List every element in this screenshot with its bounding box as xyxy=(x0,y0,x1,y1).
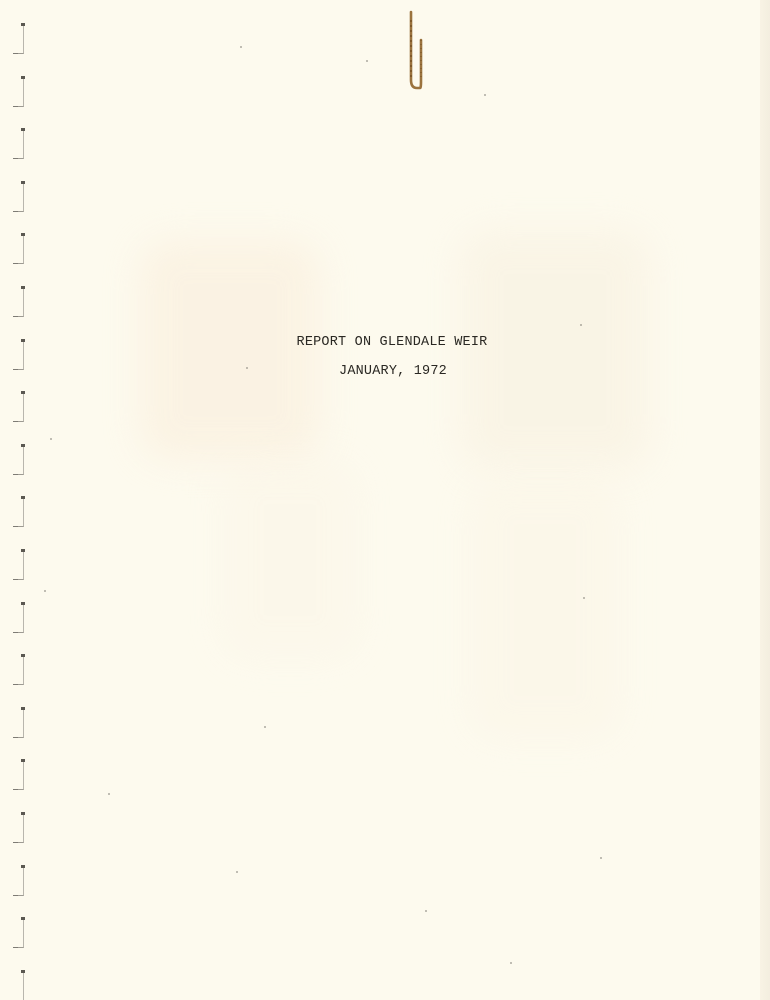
paper-speck xyxy=(425,910,427,912)
document-date: JANUARY, 1972 xyxy=(0,357,770,386)
binding-hole-icon xyxy=(14,182,24,212)
paper-speck xyxy=(583,597,585,599)
show-through-blotch xyxy=(220,460,360,660)
binding-hole-icon xyxy=(14,287,24,317)
binding-hole-icon xyxy=(14,129,24,159)
binding-hole-icon xyxy=(14,866,24,896)
paper-speck xyxy=(264,726,266,728)
title-block: REPORT ON GLENDALE WEIR JANUARY, 1972 xyxy=(0,328,770,386)
binding-hole-icon xyxy=(14,813,24,843)
document-title: REPORT ON GLENDALE WEIR xyxy=(0,328,770,357)
paper-speck xyxy=(366,60,368,62)
binding-hole-icon xyxy=(14,918,24,948)
paper-speck xyxy=(108,793,110,795)
binding-hole-icon xyxy=(14,971,24,1000)
paper-speck xyxy=(44,590,46,592)
paper-speck xyxy=(236,871,238,873)
binding-hole-icon xyxy=(14,77,24,107)
paper-speck xyxy=(246,367,248,369)
binding-holes xyxy=(0,0,40,1000)
binding-hole-icon xyxy=(14,392,24,422)
binding-hole-icon xyxy=(14,708,24,738)
staple-mark-icon xyxy=(409,10,423,90)
binding-hole-icon xyxy=(14,603,24,633)
show-through-blotch xyxy=(470,480,620,740)
paper-speck xyxy=(484,94,486,96)
document-page: REPORT ON GLENDALE WEIR JANUARY, 1972 xyxy=(0,0,770,1000)
binding-hole-icon xyxy=(14,655,24,685)
binding-hole-icon xyxy=(14,760,24,790)
binding-hole-icon xyxy=(14,550,24,580)
paper-speck xyxy=(600,857,602,859)
paper-speck xyxy=(240,46,242,48)
paper-speck xyxy=(510,962,512,964)
paper-speck xyxy=(50,438,52,440)
binding-hole-icon xyxy=(14,445,24,475)
binding-hole-icon xyxy=(14,497,24,527)
paper-speck xyxy=(580,324,582,326)
page-edge xyxy=(760,0,770,1000)
binding-hole-icon xyxy=(14,24,24,54)
binding-hole-icon xyxy=(14,234,24,264)
